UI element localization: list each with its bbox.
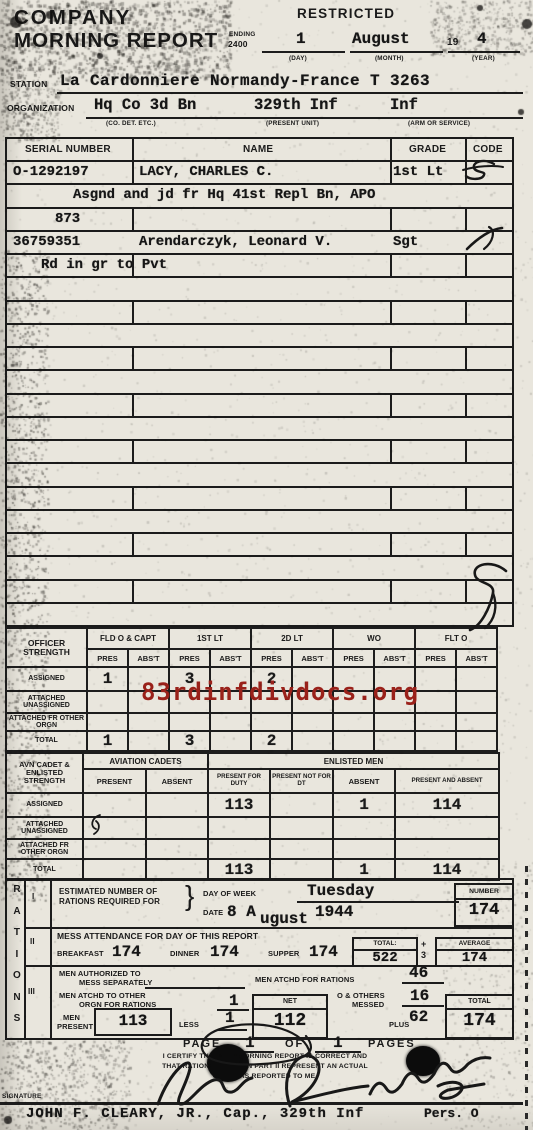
roster-row (7, 511, 512, 534)
roster-row (7, 464, 512, 487)
plus-label: PLUS (389, 1020, 409, 1029)
rations-side-letter: R (11, 884, 23, 895)
men-present-label1: MEN (63, 1013, 80, 1022)
men-present-value: 113 (96, 1012, 170, 1030)
officer-cell (415, 667, 456, 691)
roster-row (7, 278, 512, 301)
officer-cell (415, 713, 456, 731)
divider (390, 488, 392, 509)
enlisted-cell (83, 859, 146, 880)
roster-grade: Sgt (393, 234, 418, 250)
rations-side-letter: T (11, 927, 23, 938)
enlisted-cell (208, 817, 270, 839)
subcol-absent: ABSENT (333, 769, 395, 793)
org-sublabel-arm: (ARM OR SERVICE) (408, 120, 470, 127)
roster-row (7, 395, 512, 418)
total-box-value: 522 (354, 950, 416, 966)
row-label-assigned: ASSIGNED (6, 667, 87, 691)
rations-total-box: TOTAL 174 (445, 994, 514, 1039)
archive-watermark: 83rdinfdivdocs.org (141, 678, 419, 706)
officer-cell (456, 713, 497, 731)
rations-side-letter: N (11, 992, 23, 1003)
subcol-pres: PRES (415, 649, 456, 667)
subcol-abst: ABS'T (292, 649, 333, 667)
rations-side-letter: A (11, 906, 23, 917)
handwritten-margin-g-mark (464, 558, 518, 638)
roster-row: 873 (7, 209, 512, 232)
enlisted-cell: 1 (333, 793, 395, 817)
org-sublabel-parent: (PRESENT UNIT) (266, 120, 319, 127)
enlisted-cell (146, 859, 208, 880)
enlisted-cell (146, 839, 208, 859)
group-aviation-cadets: AVIATION CADETS (83, 753, 208, 769)
row-label-total: TOTAL (6, 859, 83, 880)
form-title-line2: MORNING REPORT (14, 29, 218, 53)
divider (132, 581, 134, 602)
enlisted-cell (83, 839, 146, 859)
officer-cell: 1 (87, 731, 128, 751)
enlisted-cell (333, 839, 395, 859)
roster-serial: 36759351 (13, 234, 80, 250)
roster-serial: 873 (55, 211, 80, 227)
section-numeral-3: III (28, 987, 35, 996)
roster-name: Arendarczyk, Leonard V. (139, 234, 332, 250)
organization-parent-unit: 329th Inf (254, 96, 338, 114)
rations-side-letter: O (11, 970, 23, 981)
month-underline (350, 51, 443, 53)
morning-report-document: RESTRICTED COMPANY MORNING REPORT ENDING… (0, 0, 533, 1130)
subcol-present: PRESENT (83, 769, 146, 793)
net-box-header: NET (254, 996, 326, 1010)
enlisted-cell (395, 817, 499, 839)
divider (132, 395, 134, 416)
col-name: NAME (243, 144, 273, 155)
col-grade: GRADE (409, 144, 446, 155)
enlisted-cell (270, 817, 333, 839)
officer-cell (251, 713, 292, 731)
handwritten-signature (140, 1038, 490, 1123)
officer-cell (374, 713, 415, 731)
blank-line (145, 987, 245, 989)
roster-row (7, 371, 512, 394)
divider (465, 534, 467, 555)
section-numeral-2: II (30, 937, 35, 946)
enlisted-cell (270, 859, 333, 880)
officer-cell (374, 731, 415, 751)
personnel-roster-table: SERIAL NUMBER NAME GRADE CODE O-1292197L… (5, 137, 514, 627)
divider (390, 581, 392, 602)
date-day-value: 1 (296, 30, 306, 48)
officer-strength-title: OFFICER STRENGTH (6, 628, 87, 667)
officer-cell: 3 (169, 731, 210, 751)
subcol-abst: ABS'T (456, 649, 497, 667)
officer-title-line2: STRENGTH (7, 648, 86, 657)
classification-stamp: RESTRICTED (297, 6, 395, 21)
year-printed: 19 (447, 37, 459, 48)
subcol-abst: ABS'T (374, 649, 415, 667)
signature-label: SIGNATURE (2, 1093, 42, 1100)
divider (132, 139, 134, 162)
handwritten-code-e-mark (460, 157, 506, 183)
officer-cell (87, 691, 128, 713)
row-label-total: TOTAL (6, 731, 87, 751)
enlisted-cell: 1 (333, 859, 395, 880)
enlisted-cell: 114 (395, 859, 499, 880)
row-label-attached-unassigned: ATTACHED UNASSIGNED (6, 691, 87, 713)
enlisted-cell: 113 (208, 793, 270, 817)
men-atchd-for-rations-label: MEN ATCHD FOR RATIONS (255, 975, 354, 984)
divider (390, 209, 392, 230)
officer-cell (169, 713, 210, 731)
roster-row (7, 581, 512, 604)
roster-row (7, 604, 512, 627)
ending-label: ENDING (229, 31, 255, 38)
section-numeral-1: I (32, 892, 34, 901)
others-messed-value: 16 (410, 987, 429, 1005)
station-label: STATION (10, 79, 47, 89)
number-box-header: NUMBER (456, 885, 512, 900)
handwritten-aviation-mark (86, 810, 110, 836)
brace: } (185, 880, 194, 912)
rations-side-letter: S (11, 1013, 23, 1024)
roster-row (7, 302, 512, 325)
station-value: La Cardonniere Normandy-France T 3263 (60, 72, 430, 90)
rations-side-letter: I (11, 949, 23, 960)
row-label-assigned: ASSIGNED (6, 793, 83, 817)
divider (390, 348, 392, 369)
divider (132, 348, 134, 369)
subcol-absent: ABSENT (146, 769, 208, 793)
officer-cell (415, 731, 456, 751)
men-atchd-other-label1: MEN ATCHD TO OTHER (59, 991, 146, 1000)
subcol-present-and-absent: PRESENT AND ABSENT (395, 769, 499, 793)
subcol-abst: ABS'T (210, 649, 251, 667)
officer-cell (292, 713, 333, 731)
roster-row (7, 348, 512, 371)
year-underline (448, 51, 520, 53)
enlisted-cell (146, 817, 208, 839)
ending-time: 2400 (228, 39, 248, 49)
date-value-part1: 8 A (227, 903, 256, 921)
men-atchd-for-rations-value: 46 (409, 964, 428, 982)
enlisted-cell (208, 839, 270, 859)
rations-total-value: 174 (447, 1011, 512, 1031)
col-serial-number: SERIAL NUMBER (25, 144, 111, 155)
average-box-value: 174 (437, 950, 512, 966)
divider (24, 880, 26, 1038)
subcol-present-not-for-dt: PRESENT NOT FOR DT (270, 769, 333, 793)
roster-serial: O-1292197 (13, 164, 89, 180)
roster-row: 36759351Arendarczyk, Leonard V.Sgt (7, 232, 512, 255)
roster-grade: 1st Lt (393, 164, 443, 180)
number-box: NUMBER 174 (454, 883, 514, 927)
subcol-pres: PRES (333, 649, 374, 667)
men-atchd-other-value: 1 (229, 992, 239, 1010)
roster-row (7, 418, 512, 441)
month-sublabel: (MONTH) (375, 55, 404, 62)
date-month-value: August (352, 30, 410, 48)
supper-label: SUPPER (268, 949, 299, 958)
day-sublabel: (DAY) (289, 55, 307, 62)
plus-value: 62 (409, 1008, 428, 1026)
divider (465, 302, 467, 323)
day-of-week-value: Tuesday (307, 882, 374, 900)
roster-row (7, 557, 512, 580)
group-1st-lt: 1ST LT (169, 628, 251, 649)
dinner-label: DINNER (170, 949, 199, 958)
divider (390, 395, 392, 416)
divider (465, 488, 467, 509)
officer-cell (456, 667, 497, 691)
divider (132, 209, 134, 230)
subcol-pres: PRES (251, 649, 292, 667)
divider (390, 302, 392, 323)
enlisted-cell (270, 839, 333, 859)
form-title-line1: COMPANY (14, 6, 131, 30)
subcol-abst: ABS'T (128, 649, 169, 667)
divide-three: 3 (421, 950, 426, 960)
enlisted-cell (146, 793, 208, 817)
day-of-week-label: DAY OF WEEK (203, 889, 256, 898)
date-label: DATE (203, 908, 223, 917)
divider (465, 441, 467, 462)
men-authorized-label2: MESS SEPARATELY (79, 978, 152, 987)
roster-row: O-1292197LACY, CHARLES C.1st Lt (7, 162, 512, 185)
men-present-box: 113 (94, 1008, 172, 1036)
officer-cell: 1 (87, 667, 128, 691)
date-value-part3: 1944 (315, 903, 353, 921)
divider (465, 255, 467, 276)
men-authorized-label1: MEN AUTHORIZED TO (59, 969, 141, 978)
officer-cell (333, 731, 374, 751)
organization-unit: Hq Co 3d Bn (94, 96, 196, 114)
row-label-attached-fr-other: ATTACHED FR OTHER ORGN (6, 713, 87, 731)
average-box: AVERAGE 174 (435, 937, 514, 967)
men-present-label2: PRESENT (57, 1022, 93, 1031)
rations-total-header: TOTAL (447, 996, 512, 1010)
year-sublabel: (YEAR) (472, 55, 495, 62)
divide-plus: + (421, 939, 426, 949)
rations-section: RATIONS I II III ESTIMATED NUMBER OF RAT… (5, 878, 514, 1040)
organization-arm: Inf (390, 96, 418, 114)
roster-row (7, 488, 512, 511)
row-label-attached-unassigned: ATTACHED UNASSIGNED (6, 817, 83, 839)
roster-row (7, 325, 512, 348)
dinner-value: 174 (210, 943, 239, 961)
officer-cell (210, 713, 251, 731)
day-underline (262, 51, 345, 53)
org-sublabel-unit: (CO. DET. ETC.) (106, 120, 156, 127)
organization-label: ORGANIZATION (7, 103, 74, 113)
divider (390, 441, 392, 462)
divider (132, 441, 134, 462)
divider (465, 395, 467, 416)
group-fldo-capt: FLD O & CAPT (87, 628, 169, 649)
mess-attendance-label: MESS ATTENDANCE FOR DAY OF THIS REPORT (57, 931, 258, 941)
breakfast-label: BREAKFAST (57, 949, 104, 958)
enlisted-cell (333, 817, 395, 839)
station-underline (57, 92, 523, 94)
officer-cell (210, 731, 251, 751)
subcol-pres: PRES (169, 649, 210, 667)
roster-remark: Asgnd and jd fr Hq 41st Repl Bn, APO (73, 187, 375, 203)
breakfast-value: 174 (112, 943, 141, 961)
officer-cell (415, 691, 456, 713)
row-label-attached-fr-other: ATTACHED FR OTHER ORGN (6, 839, 83, 859)
subcol-present-for-duty: PRESENT FOR DUTY (208, 769, 270, 793)
divider (390, 255, 392, 276)
divider (465, 348, 467, 369)
group-wo: WO (333, 628, 415, 649)
enlisted-strength-title: AVN CADET & ENLISTED STRENGTH (6, 753, 83, 793)
enlisted-cell (395, 839, 499, 859)
total-mess-box: TOTAL: 522 (352, 937, 418, 967)
date-value-part2: ugust (260, 910, 308, 928)
col-code: CODE (473, 144, 503, 155)
divider (132, 162, 134, 183)
officer-cell (456, 691, 497, 713)
roster-row: Rd in gr to Pvt (7, 255, 512, 278)
right-margin-dashed-line (525, 866, 528, 1130)
others-messed-label1: O & OTHERS (337, 991, 385, 1000)
enlisted-cell: 113 (208, 859, 270, 880)
divider (390, 162, 392, 183)
group-enlisted-men: ENLISTED MEN (208, 753, 499, 769)
roster-row: Asgnd and jd fr Hq 41st Repl Bn, APO (7, 185, 512, 208)
roster-row (7, 441, 512, 464)
estimated-rations-label1: ESTIMATED NUMBER OF (59, 887, 157, 896)
officer-cell (292, 731, 333, 751)
divider (132, 488, 134, 509)
group-2d-lt: 2D LT (251, 628, 333, 649)
number-box-value: 174 (456, 901, 512, 920)
divider (50, 880, 52, 1038)
roster-row (7, 534, 512, 557)
enlisted-cell (270, 793, 333, 817)
roster-header-row: SERIAL NUMBER NAME GRADE CODE (7, 139, 512, 162)
roster-name: LACY, CHARLES C. (139, 164, 273, 180)
officer-cell (87, 713, 128, 731)
date-year-value: 4 (477, 30, 487, 48)
supper-value: 174 (309, 943, 338, 961)
handwritten-code-stroke-mark (458, 225, 508, 253)
underline (402, 1005, 444, 1007)
underline (402, 982, 444, 984)
subcol-pres: PRES (87, 649, 128, 667)
divider (132, 534, 134, 555)
officer-cell (333, 713, 374, 731)
enlisted-cell: 114 (395, 793, 499, 817)
others-messed-label2: MESSED (352, 1000, 384, 1009)
officer-cell (456, 731, 497, 751)
divider (390, 139, 392, 162)
officer-cell (128, 713, 169, 731)
enlisted-strength-table: AVN CADET & ENLISTED STRENGTH AVIATION C… (5, 752, 500, 881)
officer-cell (128, 731, 169, 751)
officer-cell: 2 (251, 731, 292, 751)
divider (390, 534, 392, 555)
roster-remark: Rd in gr to Pvt (41, 257, 167, 273)
estimated-rations-label2: RATIONS REQUIRED FOR (59, 897, 160, 906)
divider (132, 302, 134, 323)
